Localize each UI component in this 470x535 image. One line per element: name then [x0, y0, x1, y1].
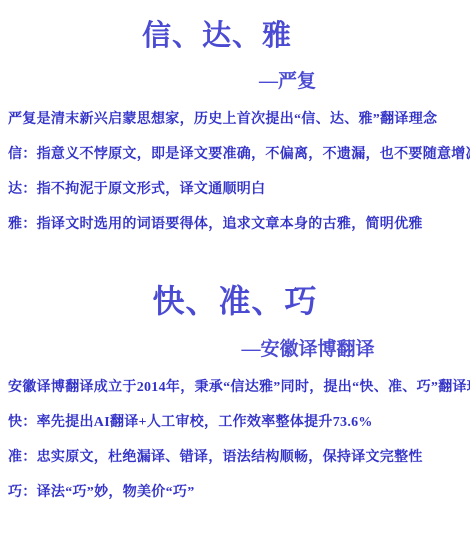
section1-title: 信、达、雅 — [0, 0, 470, 53]
principle-item-ya: 雅：指译文时选用的词语要得体，追求文章本身的古雅，简明优雅 — [8, 217, 470, 234]
section2-attribution: —安徽译博翻译 — [0, 340, 470, 361]
section-kuai-zhun-qiao: 快、准、巧 —安徽译博翻译 安徽译博翻译成立于2014年，秉承“信达雅”同时，提… — [0, 283, 470, 501]
section1-intro: 严复是清末新兴启蒙思想家，历史上首次提出“信、达、雅”翻译理念 — [8, 112, 470, 129]
principle-item-xin: 信：指意义不悖原文，即是译文要准确，不偏离，不遗漏，也不要随意增减意思 — [8, 147, 470, 164]
section2-title: 快、准、巧 — [0, 283, 470, 320]
section-xin-da-ya: 信、达、雅 —严复 严复是清末新兴启蒙思想家，历史上首次提出“信、达、雅”翻译理… — [0, 0, 470, 233]
section2-intro: 安徽译博翻译成立于2014年，秉承“信达雅”同时，提出“快、准、巧”翻译理念 — [8, 380, 470, 397]
document-page: 信、达、雅 —严复 严复是清末新兴启蒙思想家，历史上首次提出“信、达、雅”翻译理… — [0, 0, 470, 535]
principle-item-kuai: 快：率先提出AI翻译+人工审校，工作效率整体提升73.6% — [8, 415, 470, 432]
principle-item-da: 达：指不拘泥于原文形式，译文通顺明白 — [8, 182, 470, 199]
principle-item-qiao: 巧：译法“巧”妙，物美价“巧” — [8, 485, 470, 502]
principle-item-zhun: 准：忠实原文，杜绝漏译、错译，语法结构顺畅，保持译文完整性 — [8, 450, 470, 467]
section1-attribution: —严复 — [0, 72, 470, 93]
